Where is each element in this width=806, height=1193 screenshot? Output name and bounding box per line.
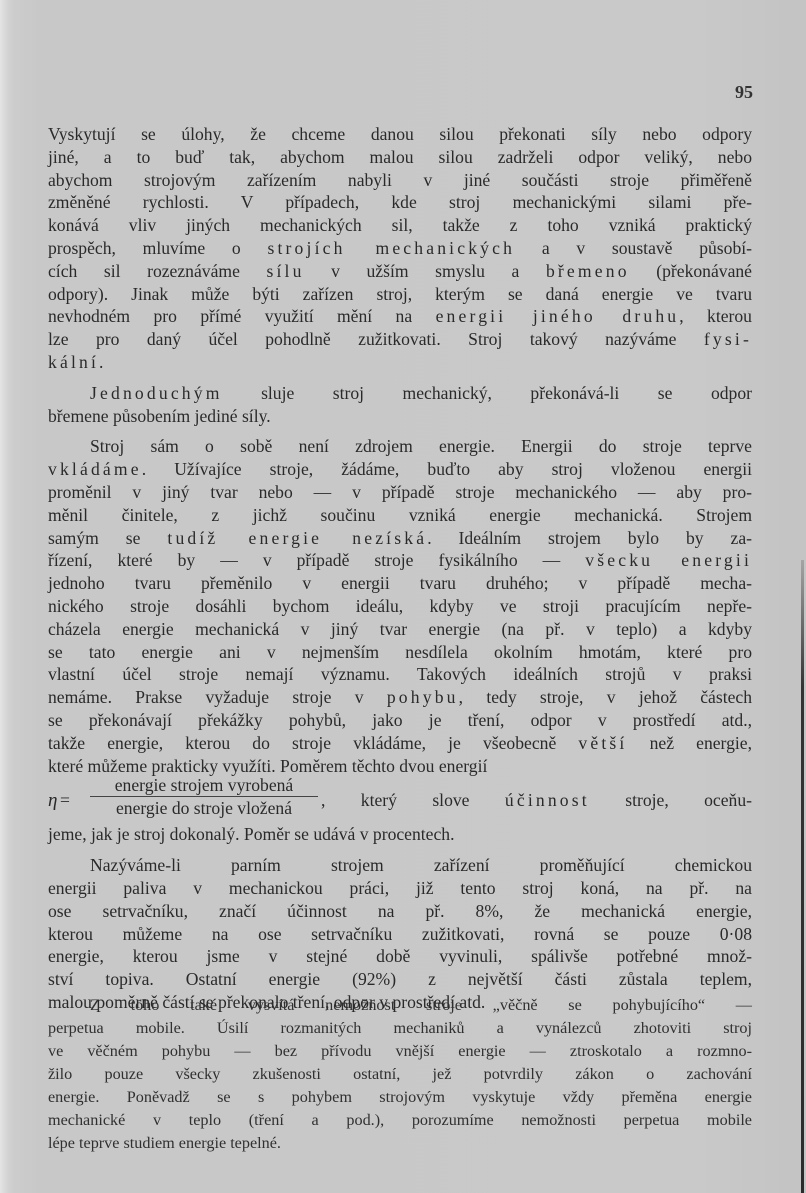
text-run: . Ideálním strojem bylo by za-	[427, 528, 752, 548]
text-line: proměnil v jiný tvar nebo — v případě st…	[48, 481, 752, 504]
spaced-emphasis: vkládáme	[48, 459, 142, 479]
text-line: Jednoduchým sluje stroj mechanický, přek…	[48, 382, 752, 405]
text-run: se tato energie ani v nejmenším nesdílel…	[48, 642, 752, 662]
text-run: sluje stroj mechanický, překonává-li se …	[223, 383, 752, 403]
text-line: které můžeme prakticky využíti. Poměrem …	[48, 755, 752, 778]
text-run: změněné rychlosti. V případech, kde stro…	[48, 192, 752, 212]
spaced-emphasis: větší	[578, 733, 627, 753]
paragraph-gap	[48, 374, 752, 382]
text-line: takže energie, kterou do stroje vkládáme…	[48, 732, 752, 755]
text-line: nemáme. Prakse vyžaduje stroje v pohybu,…	[48, 686, 752, 709]
text-run: Stroj sám o sobě není zdrojem energie. E…	[90, 436, 752, 456]
fraction-numerator: energie strojem vyrobená	[90, 775, 318, 797]
paragraph: Nazýváme-li parním strojem zařízení prom…	[48, 854, 752, 1014]
spaced-emphasis: tudíž energie nezíská	[167, 528, 427, 548]
book-page: 95 Vyskytují se úlohy, že chceme danou s…	[0, 0, 806, 1193]
formula-tail-text: , který slove	[321, 790, 505, 810]
small-print-line: Z toho také vysvítá nemožnost stroje „vě…	[48, 994, 752, 1017]
text-run: které můžeme prakticky využíti. Poměrem …	[48, 756, 487, 776]
text-run: samým se	[48, 528, 167, 548]
text-run: ství topiva. Ostatní energie (92%) z nej…	[48, 969, 752, 989]
text-run: odpory). Jinak může býti zařízen stroj, …	[48, 284, 752, 304]
paragraphs-group-2: Nazýváme-li parním strojem zařízení prom…	[48, 854, 752, 1014]
text-run: nemáme. Prakse vyžaduje stroje v	[48, 687, 387, 707]
spaced-emphasis: sílu	[266, 261, 304, 281]
text-run: .	[99, 352, 103, 372]
text-line: jiné, a to buď tak, abychom malou silou …	[48, 146, 752, 169]
term-ucinnost: účinnost	[505, 790, 590, 810]
text-run: energii paliva v mechanickou práci, již …	[48, 878, 752, 898]
text-line: břemene působením jediné síly.	[48, 405, 752, 428]
text-line: změněné rychlosti. V případech, kde stro…	[48, 191, 752, 214]
text-run: proměnil v jiný tvar nebo — v případě st…	[48, 482, 752, 502]
text-run: nevhodném pro přímé využití mění na	[48, 306, 436, 326]
text-line: Stroj sám o sobě není zdrojem energie. E…	[48, 435, 752, 458]
formula-after: jeme, jak je stroj dokonalý. Poměr se ud…	[48, 823, 752, 846]
page-number: 95	[735, 82, 753, 103]
text-line: odpory). Jinak může býti zařízen stroj, …	[48, 283, 752, 306]
formula-tail-text: stroje, oceňu-	[590, 790, 752, 810]
spine-shadow	[0, 0, 14, 1193]
text-run: Nazýváme-li parním strojem zařízení prom…	[90, 855, 752, 875]
text-line: cích sil rozeznáváme sílu v užším smyslu…	[48, 260, 752, 283]
text-run: , kterou	[679, 306, 752, 326]
text-line: cházela energie mechanická v jiný tvar e…	[48, 618, 752, 641]
eta-symbol: η	[48, 790, 57, 813]
text-run: ose setrvačníku, značí účinnost na př. 8…	[48, 901, 752, 921]
text-run: cházela energie mechanická v jiný tvar e…	[48, 619, 752, 639]
text-run: konává vliv jiných mechanických sil, tak…	[48, 215, 752, 235]
text-line: konává vliv jiných mechanických sil, tak…	[48, 214, 752, 237]
equals-sign: =	[60, 789, 70, 812]
small-print-line: ve věčném pohybu — bez přívodu vnější en…	[48, 1040, 752, 1063]
text-line: Nazýváme-li parním strojem zařízení prom…	[48, 854, 752, 877]
spaced-emphasis: všecku energii	[585, 550, 752, 570]
text-line: samým se tudíž energie nezíská. Ideálním…	[48, 527, 752, 550]
spaced-emphasis: kální	[48, 352, 99, 372]
text-run: kterou můžeme na ose setrvačníku zužitko…	[48, 924, 752, 944]
text-line: energie, kterou jsme v stejné době vyvin…	[48, 945, 752, 968]
formula-tail: , který slove účinnost stroje, oceňu-	[321, 789, 752, 812]
text-run: jiné, a to buď tak, abychom malou silou …	[48, 147, 752, 167]
text-run: abychom strojovým zařízením nabyli v jin…	[48, 170, 752, 190]
text-line: ose setrvačníku, značí účinnost na př. 8…	[48, 900, 752, 923]
text-line: ství topiva. Ostatní energie (92%) z nej…	[48, 968, 752, 991]
spaced-emphasis: pohybu	[387, 687, 459, 707]
text-line: lze pro daný účel pohodlně zužitkovati. …	[48, 328, 752, 351]
text-run: lze pro daný účel pohodlně zužitkovati. …	[48, 329, 704, 349]
text-line: nevhodném pro přímé využití mění na ener…	[48, 305, 752, 328]
text-run: řízení, které by — v případě stroje fysi…	[48, 550, 585, 570]
text-run: jednoho tvaru přeměnilo v energii tvaru …	[48, 573, 752, 593]
fraction-denominator: energie do stroje vložená	[90, 797, 318, 819]
spaced-emphasis: Jednoduchým	[90, 383, 223, 403]
text-run: , tedy stroje, v jehož částech	[459, 687, 752, 707]
text-line: se tato energie ani v nejmenším nesdílel…	[48, 641, 752, 664]
text-run: nického stroje dosáhli bychom ideálu, kd…	[48, 596, 752, 616]
text-run: měnil činitele, z jichž součinu vzniká e…	[48, 505, 752, 525]
paragraphs-group-1: Vyskytují se úlohy, že chceme danou silo…	[48, 123, 752, 777]
spaced-emphasis: strojích mechanických	[267, 238, 515, 258]
spaced-emphasis: fysi-	[704, 329, 752, 349]
paragraph: Vyskytují se úlohy, že chceme danou silo…	[48, 123, 752, 374]
text-run: takže energie, kterou do stroje vkládáme…	[48, 733, 578, 753]
page-edge-line	[801, 560, 804, 1193]
efficiency-formula: η = energie strojem vyrobená energie do …	[48, 777, 752, 823]
small-print-line: perpetua mobile. Úsilí rozmanitých mecha…	[48, 1017, 752, 1040]
text-run: . Užívajíce stroje, žádáme, buďto aby st…	[142, 459, 752, 479]
fraction: energie strojem vyrobená energie do stro…	[90, 775, 318, 819]
text-run: břemene působením jediné síly.	[48, 406, 271, 426]
text-line: kterou můžeme na ose setrvačníku zužitko…	[48, 923, 752, 946]
text-line: vkládáme. Užívajíce stroje, žádáme, buďt…	[48, 458, 752, 481]
small-print-line: energie. Poněvadž se s pohybem strojovým…	[48, 1086, 752, 1109]
text-run: energie, kterou jsme v stejné době vyvin…	[48, 946, 752, 966]
text-line: vlastní účel stroje nemají významu. Tako…	[48, 663, 752, 686]
text-line: se překonávají překážky pohybů, jako je …	[48, 709, 752, 732]
paragraph: Stroj sám o sobě není zdrojem energie. E…	[48, 435, 752, 777]
paragraph-gap	[48, 427, 752, 435]
small-print-line: lépe teprve studiem energie tepelné.	[48, 1132, 752, 1155]
text-line: Vyskytují se úlohy, že chceme danou silo…	[48, 123, 752, 146]
spaced-emphasis: energii jiného druhu	[436, 306, 680, 326]
paragraph: Jednoduchým sluje stroj mechanický, přek…	[48, 382, 752, 428]
text-line: řízení, které by — v případě stroje fysi…	[48, 549, 752, 572]
main-text: Vyskytují se úlohy, že chceme danou silo…	[48, 123, 752, 1014]
text-line: měnil činitele, z jichž součinu vzniká e…	[48, 504, 752, 527]
text-run: se překonávají překážky pohybů, jako je …	[48, 710, 752, 730]
text-run: než energie,	[627, 733, 752, 753]
text-run: (překonávané	[630, 261, 752, 281]
text-run: Vyskytují se úlohy, že chceme danou silo…	[48, 124, 752, 144]
text-run: a v soustavě působí-	[515, 238, 752, 258]
small-print-line: mechanické v teplo (tření a pod.), poroz…	[48, 1109, 752, 1132]
small-print-paragraph: Z toho také vysvítá nemožnost stroje „vě…	[48, 994, 752, 1155]
text-line: abychom strojovým zařízením nabyli v jin…	[48, 169, 752, 192]
text-run: prospěch, mluvíme o	[48, 238, 267, 258]
spaced-emphasis: břemeno	[546, 261, 630, 281]
text-line: energii paliva v mechanickou práci, již …	[48, 877, 752, 900]
text-line: jednoho tvaru přeměnilo v energii tvaru …	[48, 572, 752, 595]
text-run: v užším smyslu a	[305, 261, 546, 281]
small-print-line: žilo pouze všecky zkušenosti ostatní, je…	[48, 1063, 752, 1086]
text-line: nického stroje dosáhli bychom ideálu, kd…	[48, 595, 752, 618]
text-run: cích sil rozeznáváme	[48, 261, 266, 281]
text-line: kální.	[48, 351, 752, 374]
text-run: vlastní účel stroje nemají významu. Tako…	[48, 664, 752, 684]
text-line: prospěch, mluvíme o strojích mechanickýc…	[48, 237, 752, 260]
